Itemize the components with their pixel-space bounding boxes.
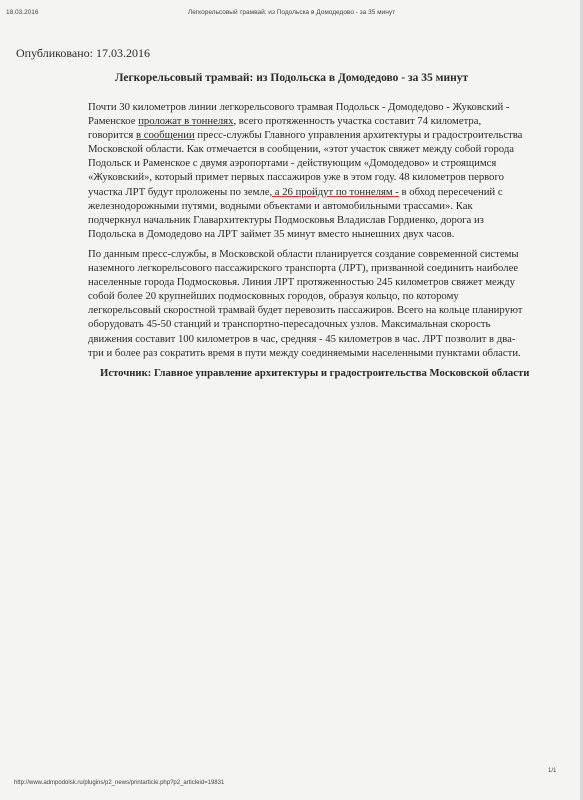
- underlined-text: , а 26 пройдут по тоннелям -: [269, 186, 398, 198]
- underlined-text: проложат в тоннелях: [138, 115, 233, 127]
- page-number: 1/1: [548, 768, 556, 774]
- article-title: Легкорельсовый трамвай: из Подольска в Д…: [0, 72, 583, 84]
- print-url: http://www.admpodolsk.ru/plugins/p2_news…: [14, 780, 224, 786]
- published-date: Опубликовано: 17.03.2016: [16, 46, 150, 61]
- article-paragraph-2: По данным пресс-службы, в Московской обл…: [88, 247, 528, 360]
- print-page-title: Легкорельсовый трамвай: из Подольска в Д…: [0, 9, 583, 16]
- article-source: Источник: Главное управление архитектуры…: [100, 367, 529, 379]
- underlined-text: в сообщении: [136, 129, 195, 141]
- article-paragraph-1: Почти 30 километров линии легкорельсовог…: [88, 100, 528, 241]
